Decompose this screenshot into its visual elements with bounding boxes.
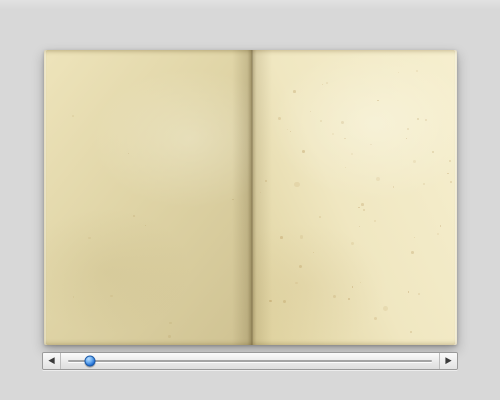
foxing-spot bbox=[332, 133, 334, 135]
foxing-spot bbox=[168, 335, 171, 338]
scrollbar-track[interactable] bbox=[66, 353, 434, 369]
foxing-spot bbox=[437, 233, 439, 235]
foxing-spot bbox=[326, 82, 328, 84]
foxing-spot bbox=[440, 225, 442, 227]
scrollbar-right-button[interactable]: ▶ bbox=[439, 353, 457, 369]
foxing-spot bbox=[377, 100, 379, 102]
scrollbar-thumb[interactable] bbox=[84, 356, 95, 367]
book-page-right[interactable] bbox=[252, 50, 457, 345]
book-page-left[interactable] bbox=[44, 50, 252, 345]
right-arrow-icon: ▶ bbox=[445, 357, 451, 366]
book-spread bbox=[44, 50, 457, 345]
foxing-spot bbox=[449, 160, 451, 162]
foxing-spot bbox=[260, 192, 262, 194]
foxing-spot bbox=[345, 167, 346, 168]
foxing-spot bbox=[407, 128, 409, 130]
foxing-spot bbox=[447, 173, 449, 175]
foxing-spot bbox=[348, 298, 350, 300]
foxing-spot bbox=[374, 220, 377, 223]
foxing-spot bbox=[398, 72, 399, 73]
foxing-spot bbox=[278, 117, 281, 120]
foxing-spot bbox=[341, 121, 344, 124]
foxing-spot bbox=[376, 177, 381, 182]
foxing-spot bbox=[393, 186, 395, 188]
viewer-background: ◀ ▶ bbox=[0, 0, 500, 400]
foxing-spot bbox=[295, 282, 298, 285]
foxing-spot bbox=[269, 300, 272, 303]
foxing-spot bbox=[300, 235, 304, 239]
foxing-spot bbox=[361, 203, 364, 206]
foxing-spot bbox=[383, 306, 388, 311]
foxing-spot bbox=[319, 216, 321, 218]
foxing-spot bbox=[370, 144, 371, 145]
foxing-spot bbox=[280, 236, 283, 239]
foxing-spot bbox=[73, 296, 75, 298]
foxing-spot bbox=[232, 199, 234, 201]
foxing-spot bbox=[406, 138, 407, 139]
foxing-spot bbox=[360, 282, 361, 283]
foxing-spot bbox=[358, 207, 360, 209]
foxing-spot bbox=[410, 331, 412, 333]
foxing-spot bbox=[351, 153, 353, 155]
foxing-spot bbox=[322, 84, 323, 85]
foxing-spot bbox=[408, 291, 410, 293]
foxing-spot bbox=[294, 182, 300, 188]
foxing-spot bbox=[313, 252, 314, 253]
foxing-spot bbox=[333, 295, 336, 298]
foxing-spot bbox=[299, 265, 302, 268]
foxing-spot bbox=[290, 131, 291, 132]
scrollbar-left-button[interactable]: ◀ bbox=[43, 353, 61, 369]
foxing-spot bbox=[359, 226, 361, 228]
foxing-spot bbox=[414, 237, 415, 238]
foxing-spot bbox=[351, 242, 354, 245]
foxing-spot bbox=[133, 215, 135, 217]
foxing-spot bbox=[344, 138, 346, 140]
foxing-spot bbox=[110, 295, 113, 298]
foxing-spot bbox=[418, 293, 420, 295]
foxing-spot bbox=[88, 237, 91, 240]
foxing-spot bbox=[169, 322, 172, 325]
foxing-spot bbox=[363, 209, 365, 211]
foxing-spot bbox=[425, 119, 427, 121]
foxing-spot bbox=[293, 90, 296, 93]
foxing-spot bbox=[310, 111, 311, 112]
foxing-spot bbox=[283, 300, 286, 303]
foxing-spot bbox=[417, 118, 419, 120]
foxing-spot bbox=[128, 153, 130, 155]
foxing-spot bbox=[432, 151, 434, 153]
foxing-spot bbox=[450, 181, 452, 183]
foxing-spot bbox=[287, 129, 288, 130]
foxing-spot bbox=[72, 115, 74, 117]
foxing-spot bbox=[413, 160, 416, 163]
foxing-spot bbox=[320, 120, 322, 122]
scrollbar-track-groove bbox=[68, 360, 432, 362]
foxing-spot bbox=[423, 183, 425, 185]
foxing-spot bbox=[265, 180, 267, 182]
foxing-spot bbox=[374, 317, 377, 320]
foxing-spot bbox=[302, 150, 305, 153]
left-arrow-icon: ◀ bbox=[48, 357, 54, 366]
foxing-spot bbox=[145, 225, 146, 226]
foxing-spot bbox=[416, 70, 418, 72]
foxing-spot bbox=[411, 251, 414, 254]
foxing-spot bbox=[352, 286, 353, 287]
page-scrollbar: ◀ ▶ bbox=[42, 352, 458, 370]
